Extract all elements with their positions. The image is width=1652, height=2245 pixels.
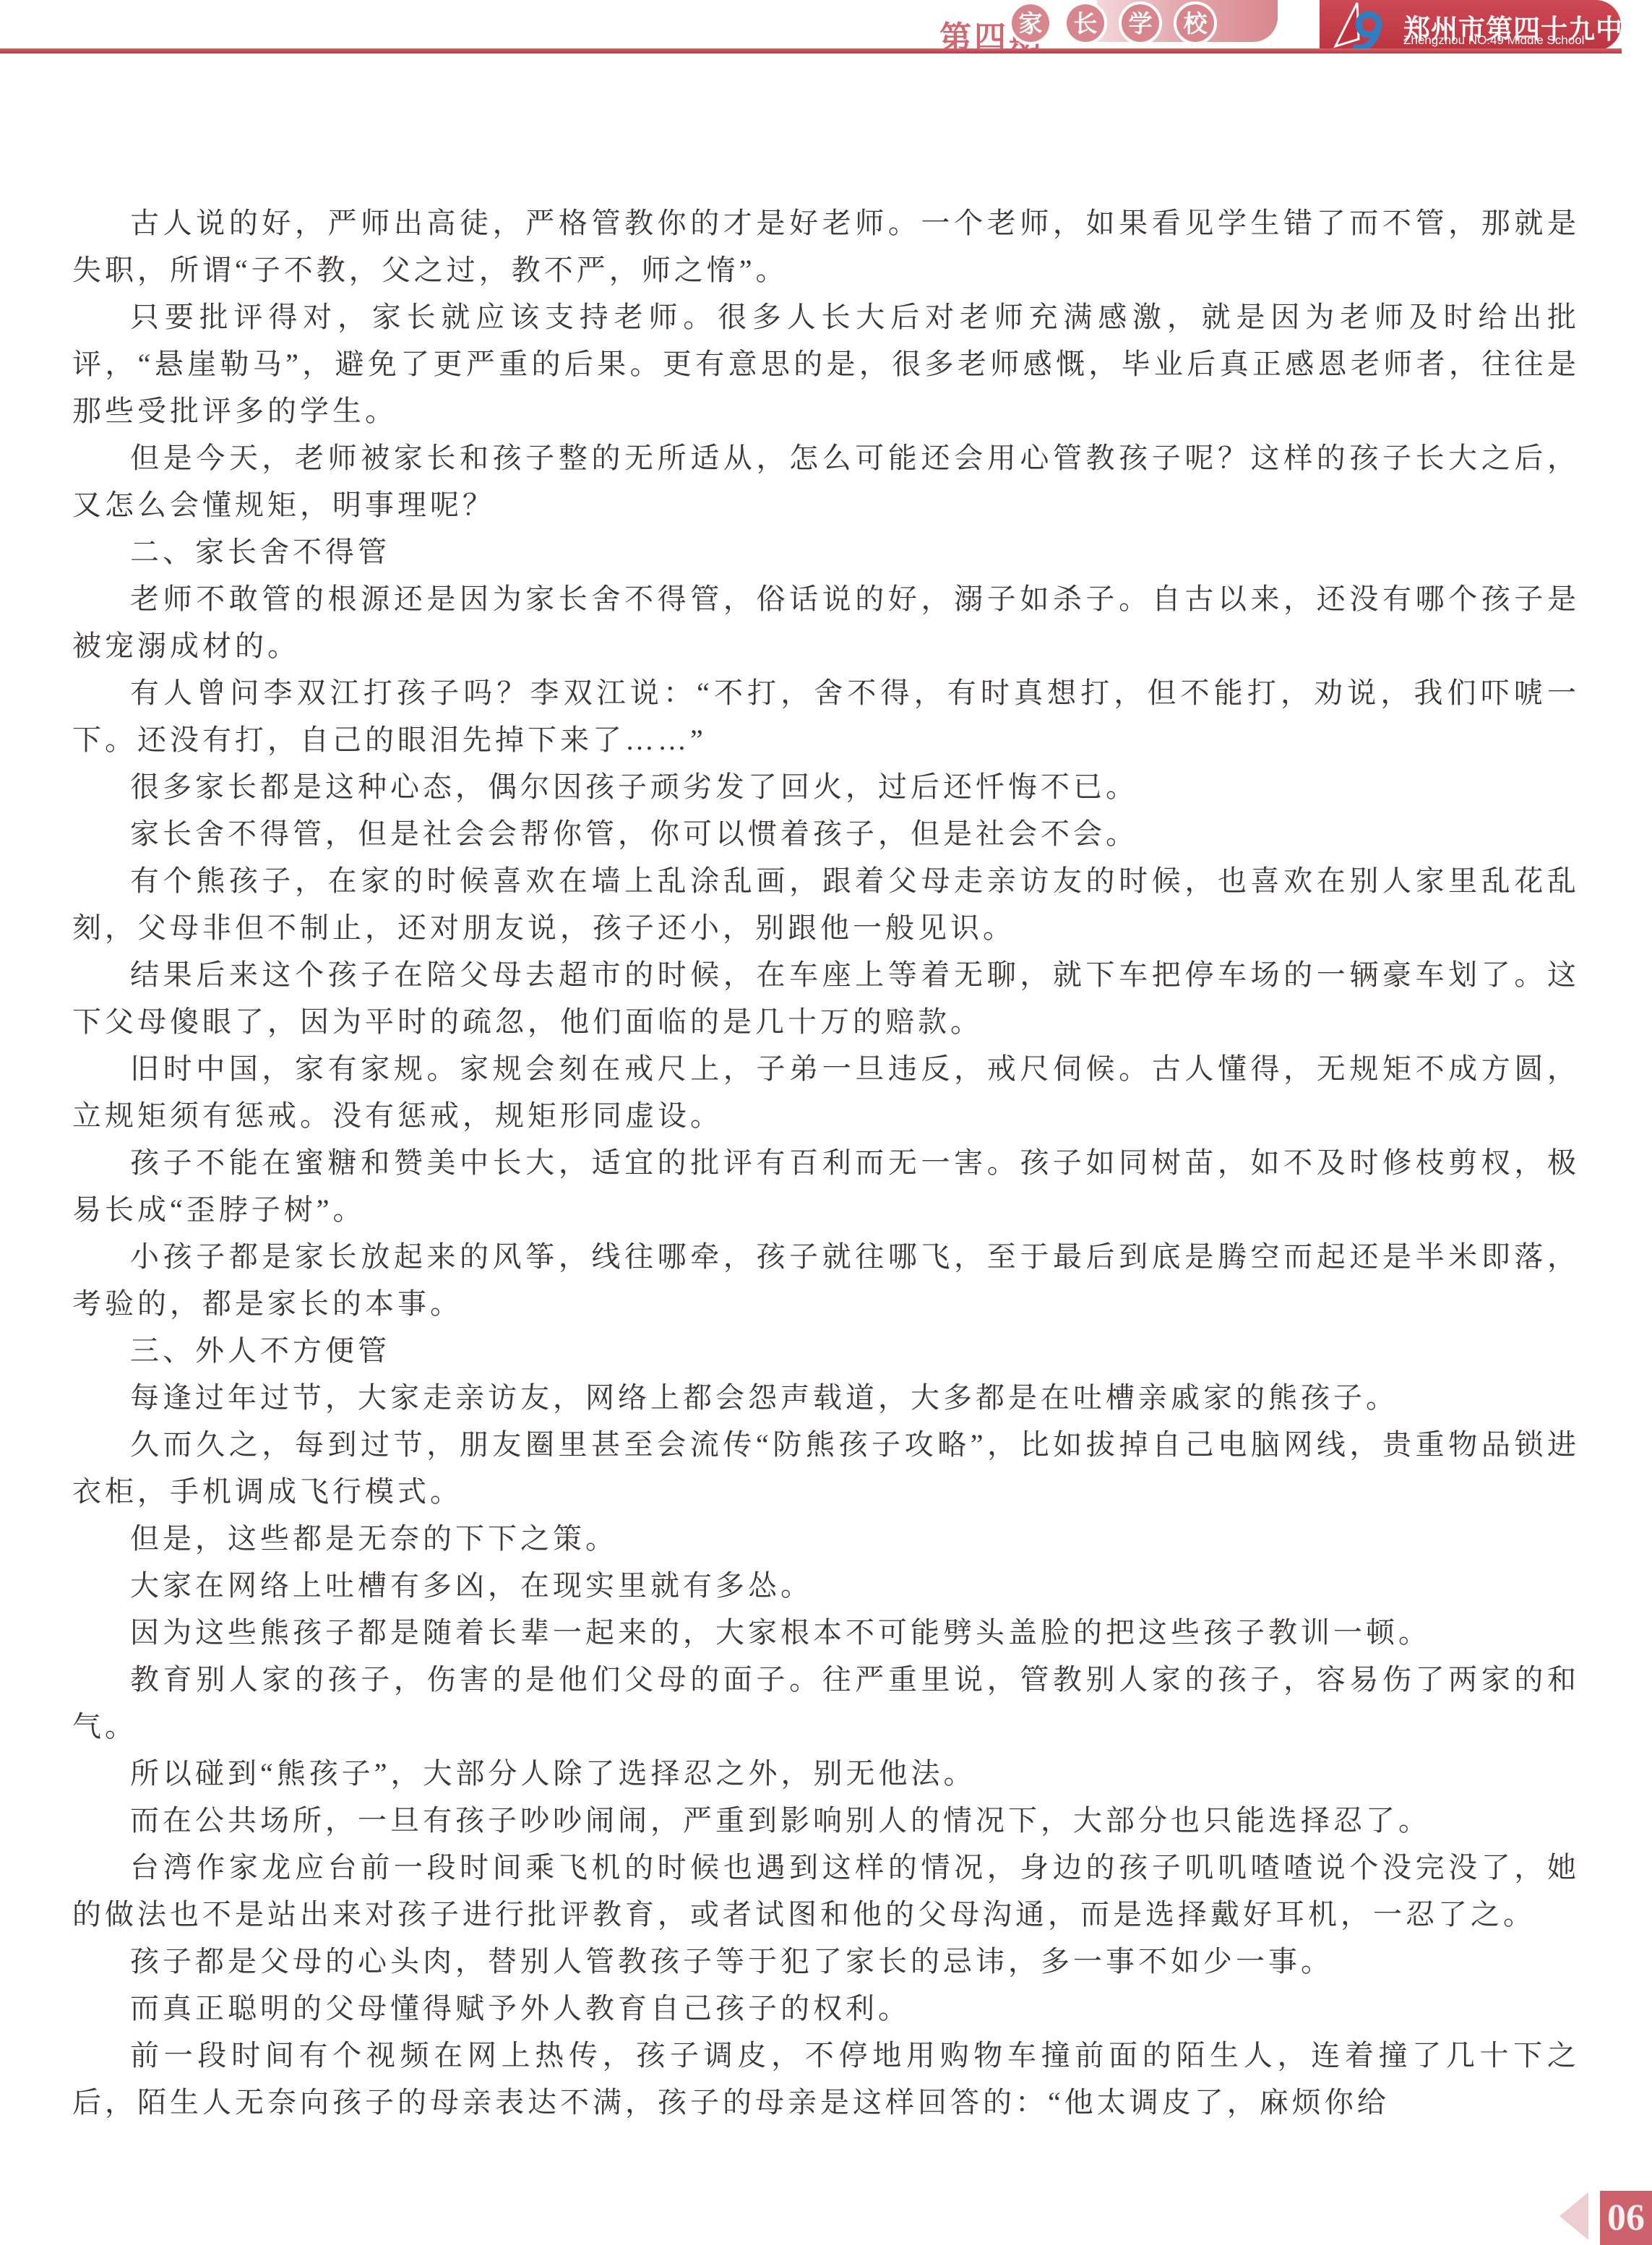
masthead-badge-char: 家 [1019, 12, 1043, 35]
masthead-badge-char: 学 [1129, 12, 1153, 35]
article-paragraph: 所以碰到“熊孩子”，大部分人除了选择忍之外，别无他法。 [72, 1750, 1580, 1797]
header-rule [0, 48, 1622, 53]
article-body: 古人说的好，严师出高徒，严格管教你的才是好老师。一个老师，如果看见学生错了而不管… [72, 199, 1580, 2126]
article-paragraph: 因为这些熊孩子都是随着长辈一起来的，大家根本不可能劈头盖脸的把这些孩子教训一顿。 [72, 1609, 1580, 1656]
page-header: 第四期 家长学校 郑州市第四十九中学 Zhengzhou NO.49 Middl… [0, 0, 1652, 58]
article-paragraph: 教育别人家的孩子，伤害的是他们父母的面子。往严重里说，管教别人家的孩子，容易伤了… [72, 1656, 1580, 1750]
article-paragraph: 老师不敢管的根源还是因为家长舍不得管，俗话说的好，溺子如杀子。自古以来，还没有哪… [72, 575, 1580, 669]
article-paragraph: 大家在网络上吐槽有多凶，在现实里就有多怂。 [72, 1562, 1580, 1609]
article-paragraph: 但是今天，老师被家长和孩子整的无所适从，怎么可能还会用心管教孩子呢？这样的孩子长… [72, 434, 1580, 528]
article-paragraph: 旧时中国，家有家规。家规会刻在戒尺上，子弟一旦违反，戒尺伺候。古人懂得，无规矩不… [72, 1045, 1580, 1139]
masthead-badges: 家长学校 [1009, 1, 1217, 45]
article-paragraph: 台湾作家龙应台前一段时间乘飞机的时候也遇到这样的情况，身边的孩子叽叽喳喳说个没完… [72, 1844, 1580, 1938]
article-paragraph: 孩子都是父母的心头肉，替别人管教孩子等于犯了家长的忌讳，多一事不如少一事。 [72, 1938, 1580, 1985]
article-paragraph: 古人说的好，严师出高徒，严格管教你的才是好老师。一个老师，如果看见学生错了而不管… [72, 199, 1580, 293]
article-paragraph: 前一段时间有个视频在网上热传，孩子调皮，不停地用购物车撞前面的陌生人，连着撞了几… [72, 2032, 1580, 2126]
magazine-page: 第四期 家长学校 郑州市第四十九中学 Zhengzhou NO.49 Middl… [0, 0, 1652, 2245]
page-triangle-icon [1559, 2192, 1588, 2240]
article-paragraph: 有个熊孩子，在家的时候喜欢在墙上乱涂乱画，跟着父母走亲访友的时候，也喜欢在别人家… [72, 857, 1580, 951]
article-paragraph: 有人曾问李双江打孩子吗？李双江说：“不打，舍不得，有时真想打，但不能打，劝说，我… [72, 669, 1580, 763]
masthead-badge: 学 [1119, 1, 1162, 45]
article-paragraph: 只要批评得对，家长就应该支持老师。很多人长大后对老师充满感激，就是因为老师及时给… [72, 293, 1580, 434]
masthead-badge: 家 [1009, 1, 1052, 45]
article-paragraph: 每逢过年过节，大家走亲访友，网络上都会怨声载道，大多都是在吐槽亲戚家的熊孩子。 [72, 1374, 1580, 1421]
masthead-badge-char: 长 [1074, 12, 1098, 35]
article-paragraph: 久而久之，每到过节，朋友圈里甚至会流传“防熊孩子攻略”，比如拔掉自己电脑网线，贵… [72, 1421, 1580, 1515]
masthead-badge: 长 [1064, 1, 1107, 45]
article-paragraph: 三、外人不方便管 [72, 1327, 1580, 1374]
article-paragraph: 而在公共场所，一旦有孩子吵吵闹闹，严重到影响别人的情况下，大部分也只能选择忍了。 [72, 1797, 1580, 1844]
article-paragraph: 小孩子都是家长放起来的风筝，线往哪牵，孩子就往哪飞，至于最后到底是腾空而起还是半… [72, 1233, 1580, 1327]
page-number-badge: 06 [1600, 2191, 1652, 2245]
article-paragraph: 很多家长都是这种心态，偶尔因孩子顽劣发了回火，过后还忏悔不已。 [72, 763, 1580, 810]
article-paragraph: 但是，这些都是无奈的下下之策。 [72, 1515, 1580, 1562]
article-paragraph: 二、家长舍不得管 [72, 528, 1580, 575]
masthead-badge: 校 [1174, 1, 1217, 45]
49-sail-logo-icon [1324, 1, 1393, 52]
masthead-badge-char: 校 [1184, 12, 1208, 35]
article-paragraph: 家长舍不得管，但是社会会帮你管，你可以惯着孩子，但是社会不会。 [72, 810, 1580, 857]
school-name-en: Zhengzhou NO.49 Middle School [1403, 33, 1620, 48]
article-paragraph: 结果后来这个孩子在陪父母去超市的时候，在车座上等着无聊，就下车把停车场的一辆豪车… [72, 951, 1580, 1045]
article-paragraph: 而真正聪明的父母懂得赋予外人教育自己孩子的权利。 [72, 1985, 1580, 2032]
article-paragraph: 孩子不能在蜜糖和赞美中长大，适宜的批评有百利而无一害。孩子如同树苗，如不及时修枝… [72, 1139, 1580, 1233]
